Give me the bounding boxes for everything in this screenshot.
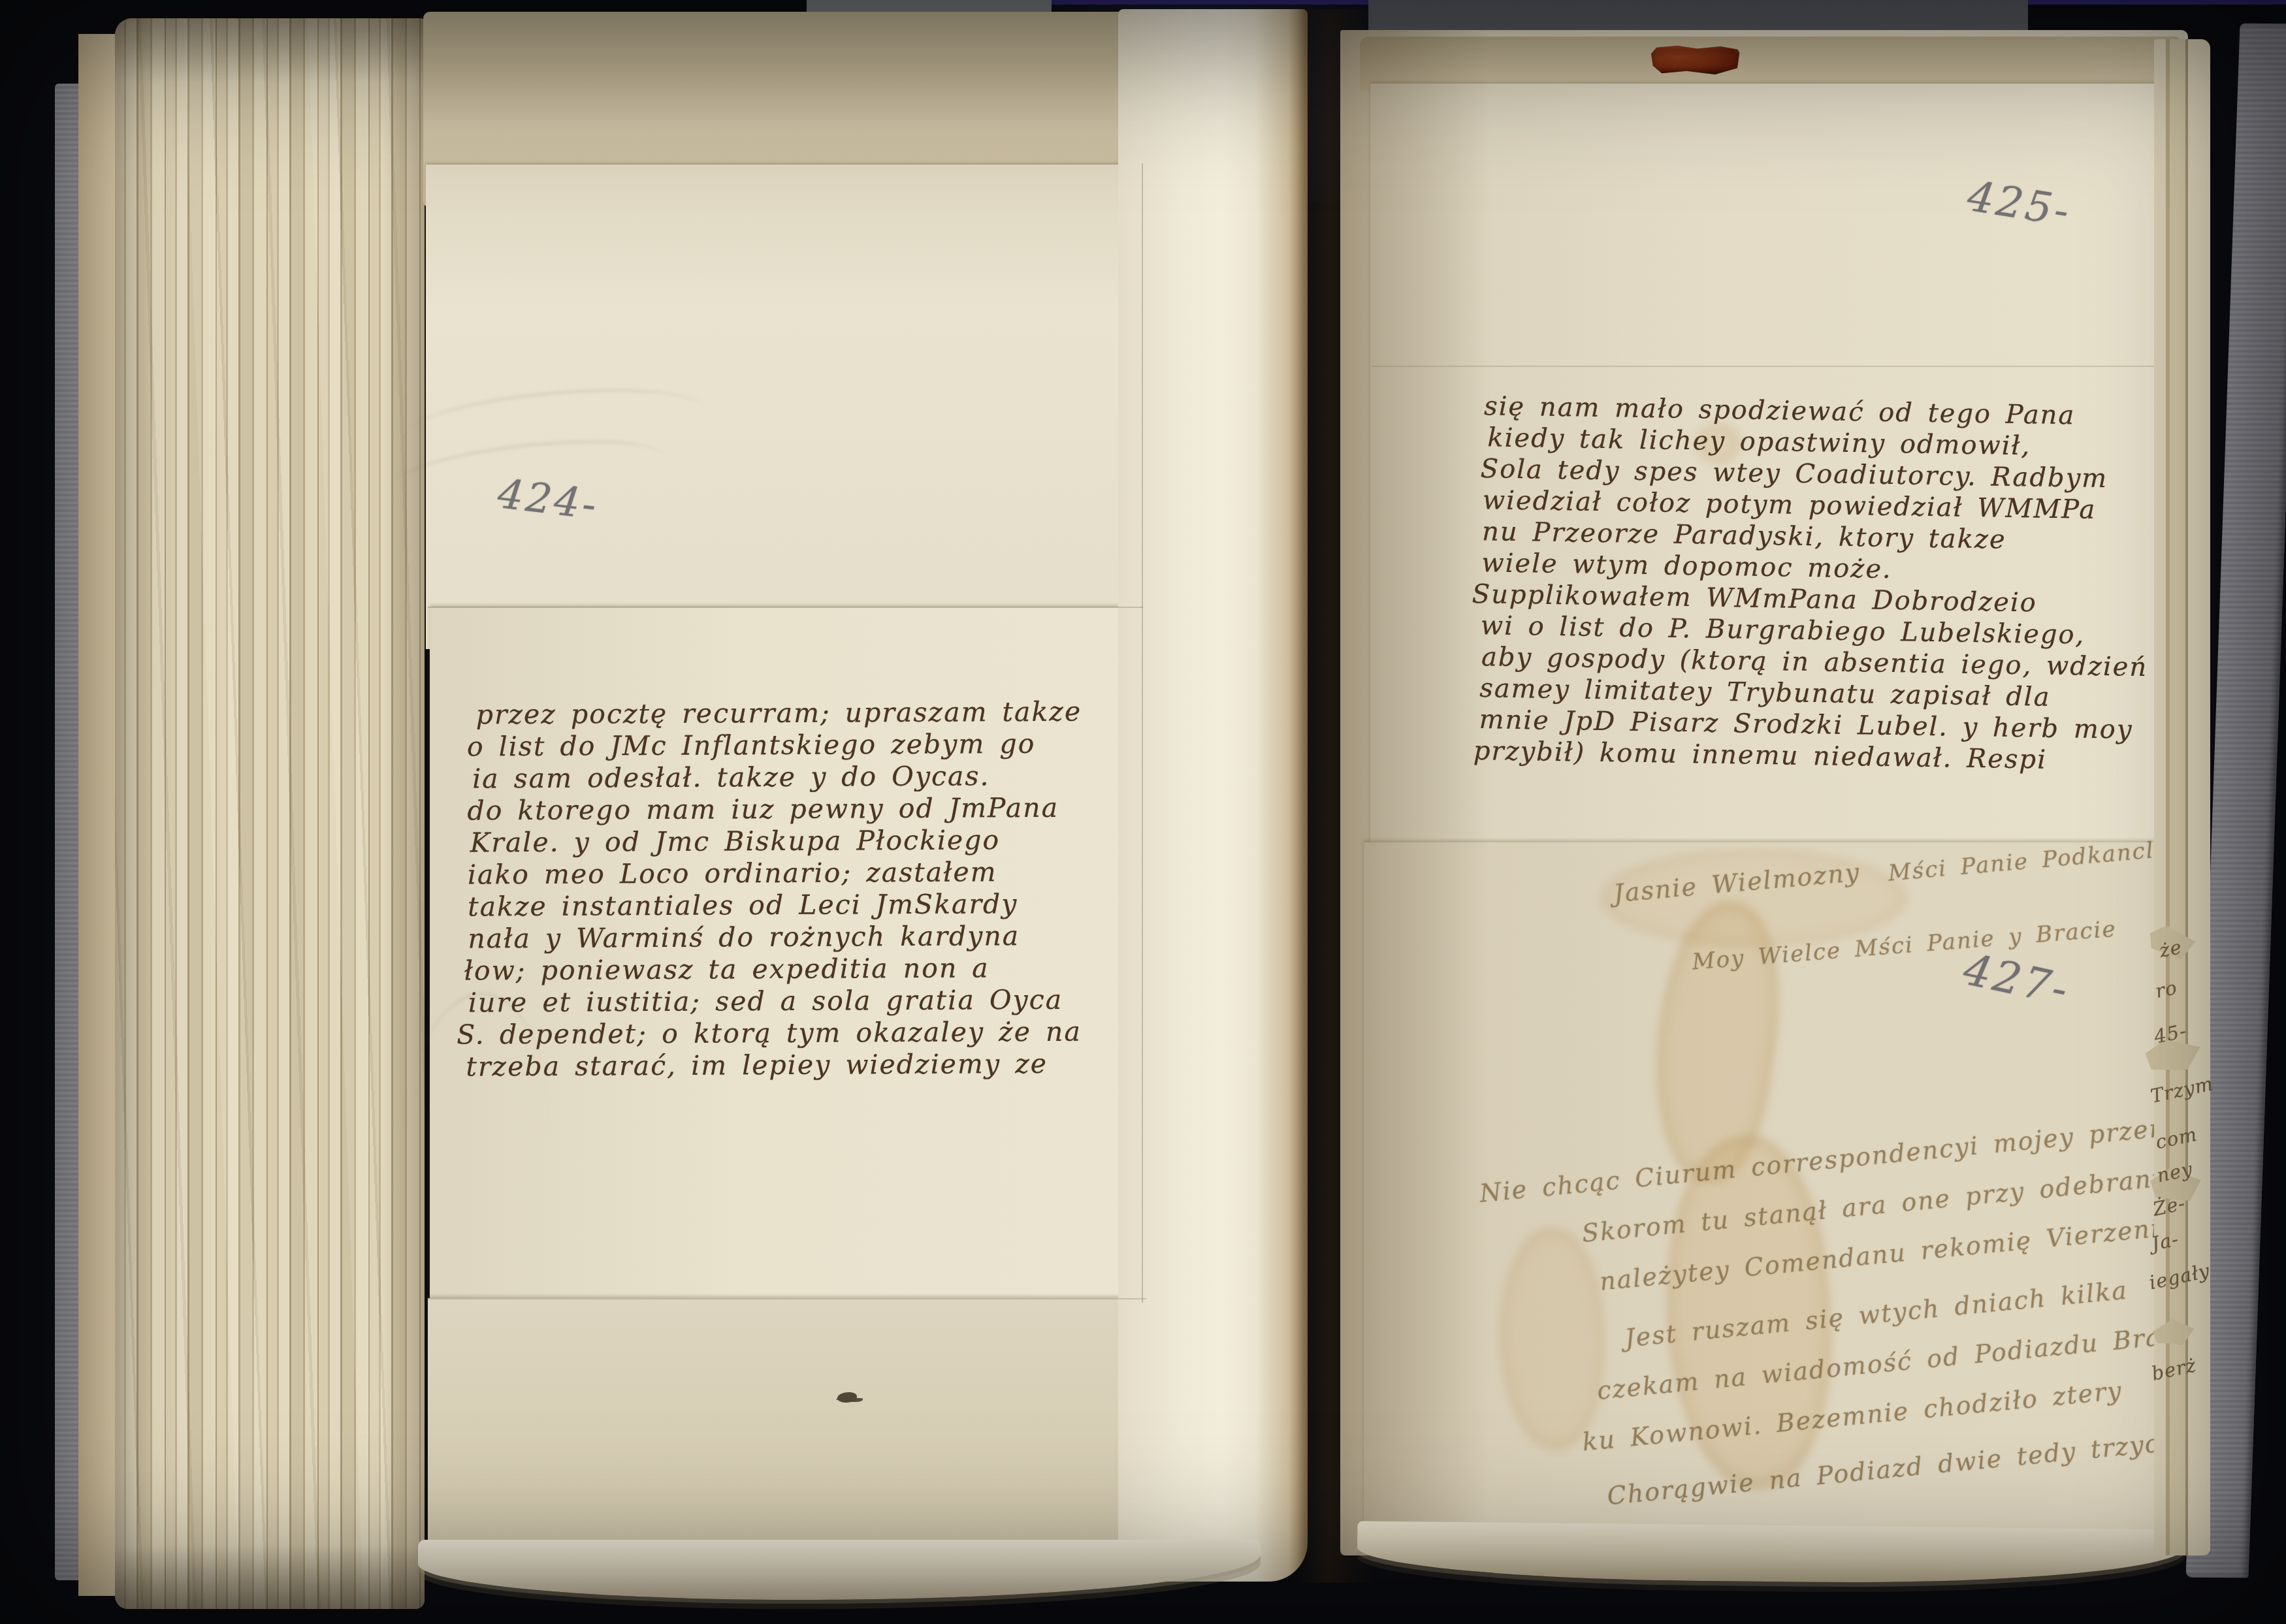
manuscript-line: iako meo Loco ordinario; zastałem [468,855,1095,891]
left-page-bottom-sheet [428,1298,1146,1572]
left-page-seam [428,1298,1146,1299]
manuscript-line: o list do JMc Inflantskiego zebym go [467,727,1094,763]
left-page-bottom-edges [418,1540,1261,1600]
right-page-bottom-edges [1357,1521,2186,1585]
manuscript-line: przez pocztę recurram; upraszam takze [475,695,1093,731]
book-cover-cloth-left [55,84,80,1580]
manuscript-line: takze instantiales od Leci JmSkardy [468,887,1095,923]
fore-edge-fragment: ro [2153,976,2180,1002]
right-page-seam [1372,366,2181,367]
left-page-seam [428,607,1143,608]
fore-edge-fragment: że [2157,936,2184,962]
faded-letter-text: Nie chcąc Ciurum correspondencyi mojey p… [1477,1102,2201,1530]
left-page-gutter-curve [1118,9,1308,1582]
manuscript-line: łow; poniewasz ta expeditia non a [464,951,1095,987]
left-page-seam [1142,163,1143,1303]
page-stack-left-shading [115,18,425,1609]
manuscript-line: do ktorego mam iuz pewny od JmPana [467,791,1094,827]
manuscript-line: nała y Warminś do rożnych kardyna [468,919,1095,955]
wax-seal-fragment [1651,46,1740,74]
manuscript-line: ia sam odesłał. takze y do Oycas. [472,759,1094,795]
letter-text-right: się nam mało spodziewać od tego Pana kie… [1479,390,2138,777]
manuscript-photo: 424- przez pocztę recurram; upraszam tak… [0,0,2286,1624]
endpaper-left [78,34,115,1596]
manuscript-line: trzeba starać, im lepiey wiedziemy ze [466,1047,1095,1083]
manuscript-line: S. dependet; o ktorą tym okazaley że na [457,1015,1095,1051]
letter-text-left: przez pocztę recurram; upraszam takze o … [466,695,1095,1083]
manuscript-line: iure et iustitia; sed a sola gratia Oyca [468,983,1095,1019]
right-page-gutter-shading [1340,30,1490,1555]
manuscript-line: Krale. y od Jmc Biskupa Płockiego [470,823,1094,859]
